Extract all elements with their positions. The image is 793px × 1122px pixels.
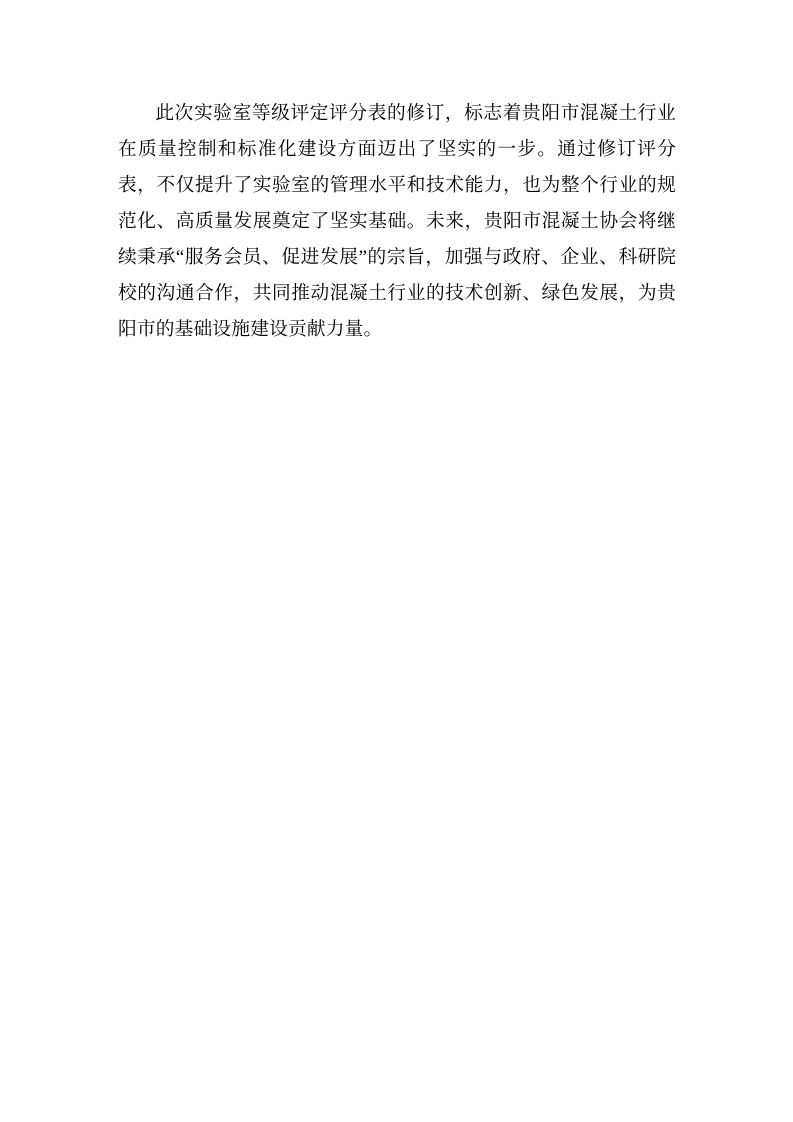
document-body: 此次实验室等级评定评分表的修订，标志着贵阳市混凝土行业在质量控制和标准化建设方面… [118, 96, 676, 348]
document-page: 此次实验室等级评定评分表的修订，标志着贵阳市混凝土行业在质量控制和标准化建设方面… [0, 0, 793, 1122]
body-paragraph: 此次实验室等级评定评分表的修订，标志着贵阳市混凝土行业在质量控制和标准化建设方面… [118, 96, 676, 348]
